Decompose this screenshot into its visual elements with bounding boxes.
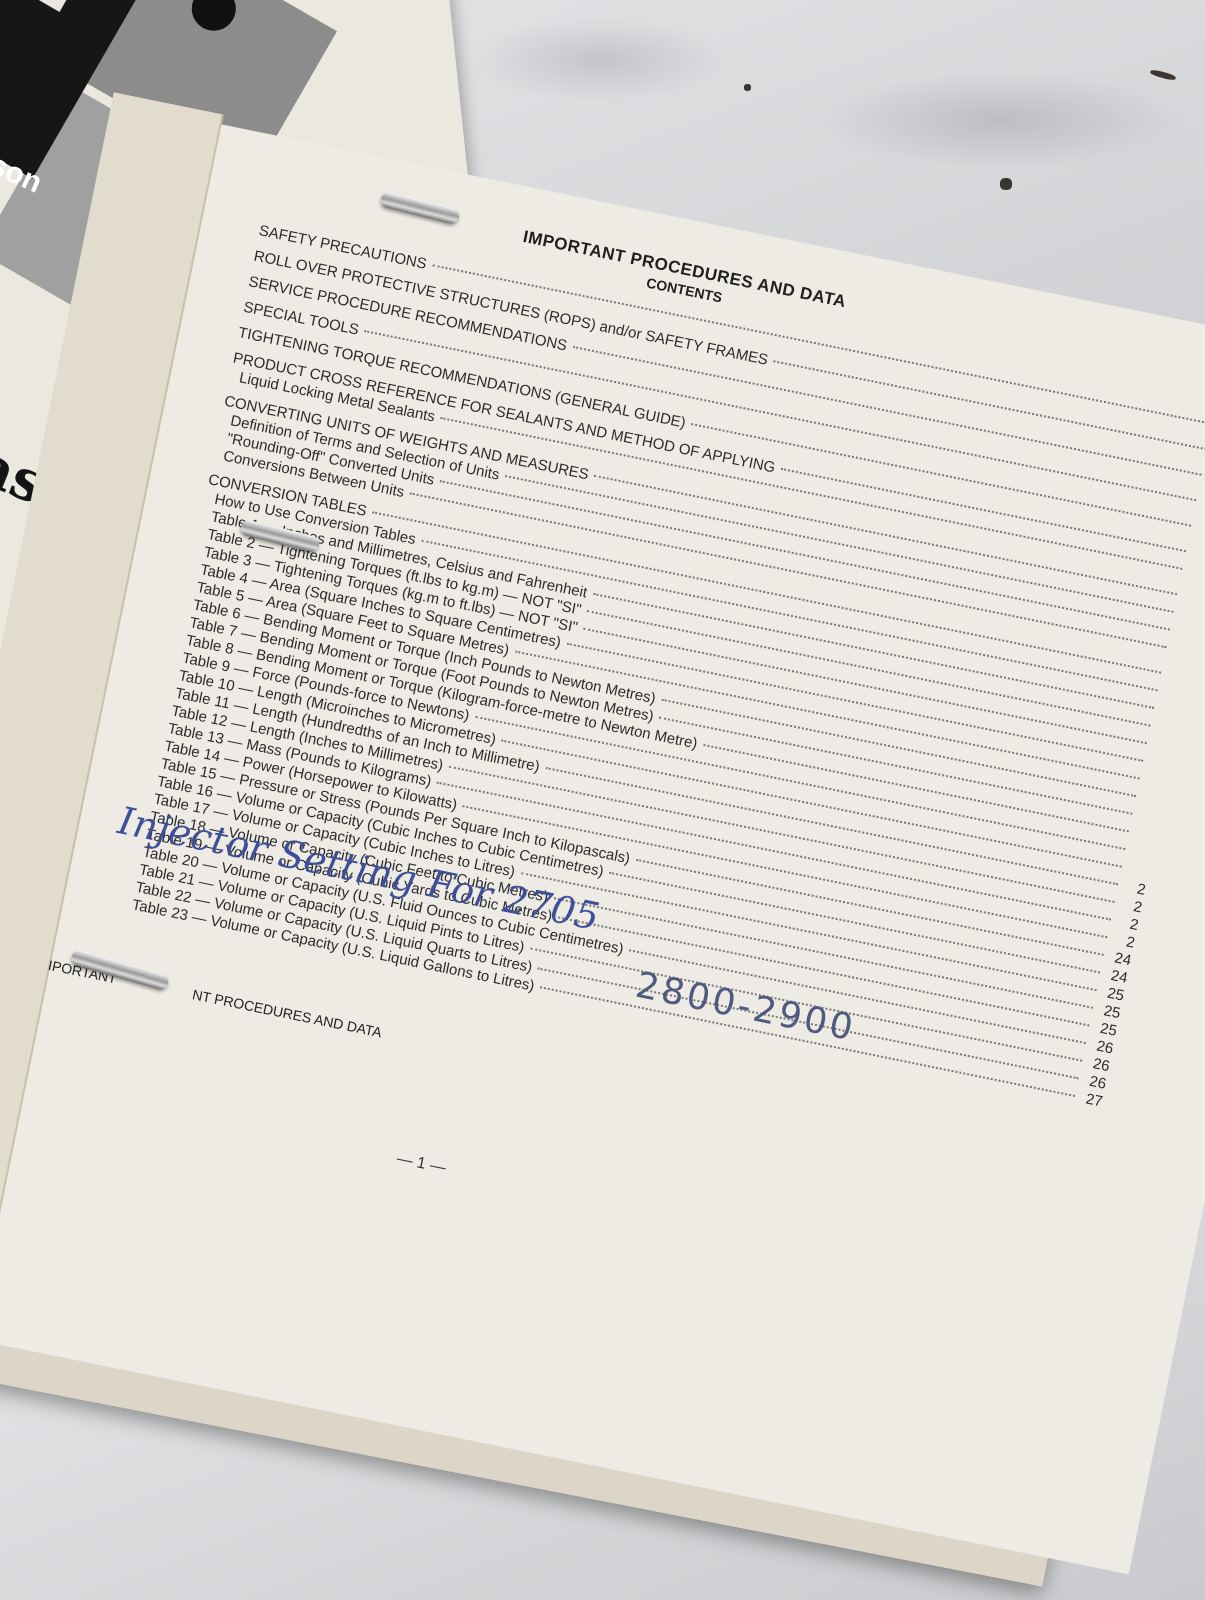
logo-bar <box>0 0 70 12</box>
debris-speck <box>1000 178 1012 190</box>
toc-entry-page <box>1141 802 1163 806</box>
contents-page: IMPORTANT PROCEDURES AND DATA CONTENTS S… <box>0 120 1205 1574</box>
toc-entry-page <box>1134 838 1156 842</box>
toc-entry-page <box>1144 785 1166 789</box>
toc-entry-page <box>1175 636 1197 640</box>
toc-entry-page <box>1155 732 1177 736</box>
toc-entry-page <box>1159 714 1181 718</box>
toc-entry-page <box>1201 506 1205 510</box>
toc-entry-page <box>1182 600 1204 604</box>
toc-entry-page: 27 <box>1079 1089 1104 1110</box>
toc-entry-page <box>1130 855 1152 859</box>
toc-entry-page <box>1178 618 1200 622</box>
toc-entry-page <box>1127 873 1149 877</box>
toc-entry-page <box>1187 575 1205 579</box>
toc-entry-page <box>1148 767 1170 771</box>
toc-entry-page <box>1196 532 1205 536</box>
toc-entry-page <box>1137 820 1159 824</box>
toc-entry-page <box>1166 679 1188 683</box>
debris-speck <box>744 84 751 91</box>
page-number: — 1 — <box>395 1150 447 1178</box>
toc-entry-page <box>1191 557 1205 561</box>
toc-entry-page <box>1171 653 1193 657</box>
footer-fragment-right: NT PROCEDURES AND DATA <box>191 986 383 1040</box>
toc-entry-page <box>1152 749 1174 753</box>
toc-entry-page <box>1162 696 1184 700</box>
